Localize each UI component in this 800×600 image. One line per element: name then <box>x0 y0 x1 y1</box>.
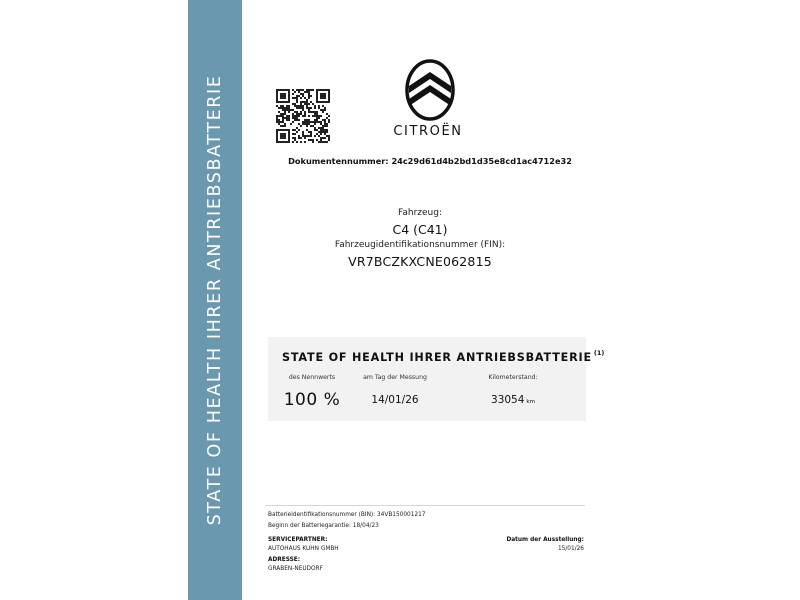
bin-label: Batterieidentifikationsnummer (BIN): <box>268 512 375 518</box>
soh-km: Kilometerstand: 33054km <box>478 374 548 406</box>
soh-percent-value: 100 % <box>282 390 342 410</box>
warranty-line: Beginn der Batteriegarantie: 18/04/23 <box>268 522 379 530</box>
soh-date-label: am Tag der Messung <box>360 374 430 382</box>
brand-name: CITROËN <box>386 124 470 139</box>
service-partner-label: SERVICEPARTNER: <box>268 536 327 544</box>
soh-km-value: 33054 <box>491 394 524 406</box>
soh-km-label: Kilometerstand: <box>478 374 548 382</box>
vehicle-info: Fahrzeug: C4 (C41) Fahrzeugidentifikatio… <box>290 207 550 271</box>
footer-divider <box>265 505 585 506</box>
fin-value: VR7BCZKXCNE062815 <box>290 253 550 271</box>
issue-date-label: Datum der Ausstellung: <box>506 536 584 544</box>
document-number-label: Dokumentennummer: <box>288 156 389 166</box>
soh-km-reading: 33054km <box>478 394 548 406</box>
soh-date-value: 14/01/26 <box>360 394 430 406</box>
qr-code-icon <box>276 89 330 143</box>
address-value: GRABEN-NEUDORF <box>268 565 323 573</box>
sidebar-band: STATE OF HEALTH IHRER ANTRIEBSBATTERIE <box>188 0 242 600</box>
document-number: Dokumentennummer: 24c29d61d4b2bd1d35e8cd… <box>260 156 600 166</box>
service-partner-value: AUTOHAUS KUHN GMBH <box>268 545 339 553</box>
soh-percent: des Nennwerts 100 % <box>282 374 342 410</box>
soh-title: STATE OF HEALTH IHRER ANTRIEBSBATTERIE(1… <box>282 349 604 364</box>
soh-km-unit: km <box>526 399 535 405</box>
vehicle-model: C4 (C41) <box>290 221 550 239</box>
soh-percent-label: des Nennwerts <box>282 374 342 382</box>
soh-date: am Tag der Messung 14/01/26 <box>360 374 430 406</box>
warranty-label: Beginn der Batteriegarantie: <box>268 523 351 529</box>
vehicle-label: Fahrzeug: <box>290 207 550 219</box>
state-of-health-panel: STATE OF HEALTH IHRER ANTRIEBSBATTERIE(1… <box>268 337 586 421</box>
sidebar-title: STATE OF HEALTH IHRER ANTRIEBSBATTERIE <box>205 75 225 526</box>
soh-title-text: STATE OF HEALTH IHRER ANTRIEBSBATTERIE <box>282 351 592 364</box>
address-label: ADRESSE: <box>268 556 300 564</box>
fin-label: Fahrzeugidentifikationsnummer (FIN): <box>290 239 550 251</box>
citroen-chevron-logo-icon <box>398 58 462 122</box>
footnote-mark: (1) <box>594 349 604 357</box>
issue-date-value: 15/01/26 <box>558 545 584 553</box>
document-number-value: 24c29d61d4b2bd1d35e8cd1ac4712e32 <box>391 156 571 166</box>
warranty-value: 18/04/23 <box>353 523 379 529</box>
bin-value: 34VB150001217 <box>377 512 426 518</box>
bin-line: Batterieidentifikationsnummer (BIN): 34V… <box>268 511 426 519</box>
